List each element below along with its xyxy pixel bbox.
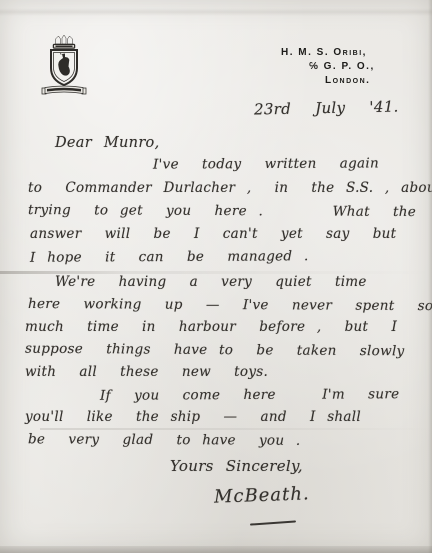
naval-crown-icon [53, 35, 75, 49]
paper-crease [40, 428, 432, 430]
letterhead-city: London. [325, 76, 370, 86]
handwritten-line: I've today written again [153, 157, 379, 172]
handwritten-line: We're having a very quiet time [55, 276, 367, 290]
motto-scroll [42, 86, 86, 94]
paper-edge [428, 0, 432, 553]
letter-page: H. M. S. Oribi, ℅ G. P. O., London. 23rd… [0, 0, 432, 553]
handwritten-line: be very glad to have you . [28, 433, 301, 448]
oribi-silhouette [58, 52, 70, 76]
paper-edge [0, 546, 432, 553]
handwritten-line: trying to get you here . What the [28, 204, 416, 220]
closing: Yours Sincerely, [170, 459, 303, 474]
signature: McBeath. [214, 485, 310, 506]
handwritten-line: much time in harbour before , but I [25, 321, 397, 335]
handwritten-line: you'll like the ship — and I shall [25, 411, 361, 425]
date-line: 23rd July '41. [254, 99, 399, 117]
handwritten-line: with all these new toys. [25, 366, 268, 380]
handwritten-line: I hope it can be managed . [30, 250, 309, 265]
paper-crease [0, 8, 432, 16]
handwritten-line: to Commander Durlacher , in the S.S. , a… [28, 182, 432, 196]
handwritten-line: here working up — I've never spent so [28, 298, 432, 314]
letterhead-ship-name: H. M. S. Oribi, [281, 48, 367, 58]
handwritten-line: If you come here I'm sure [100, 388, 399, 403]
handwritten-line: answer will be I can't yet say but [30, 228, 396, 242]
handwritten-line: suppose things have to be taken slowly [25, 343, 405, 359]
salutation: Dear Munro, [55, 136, 160, 151]
ship-badge-icon [39, 35, 89, 97]
letterhead-care-of: ℅ G. P. O., [309, 62, 375, 72]
signature-flourish [250, 520, 296, 525]
